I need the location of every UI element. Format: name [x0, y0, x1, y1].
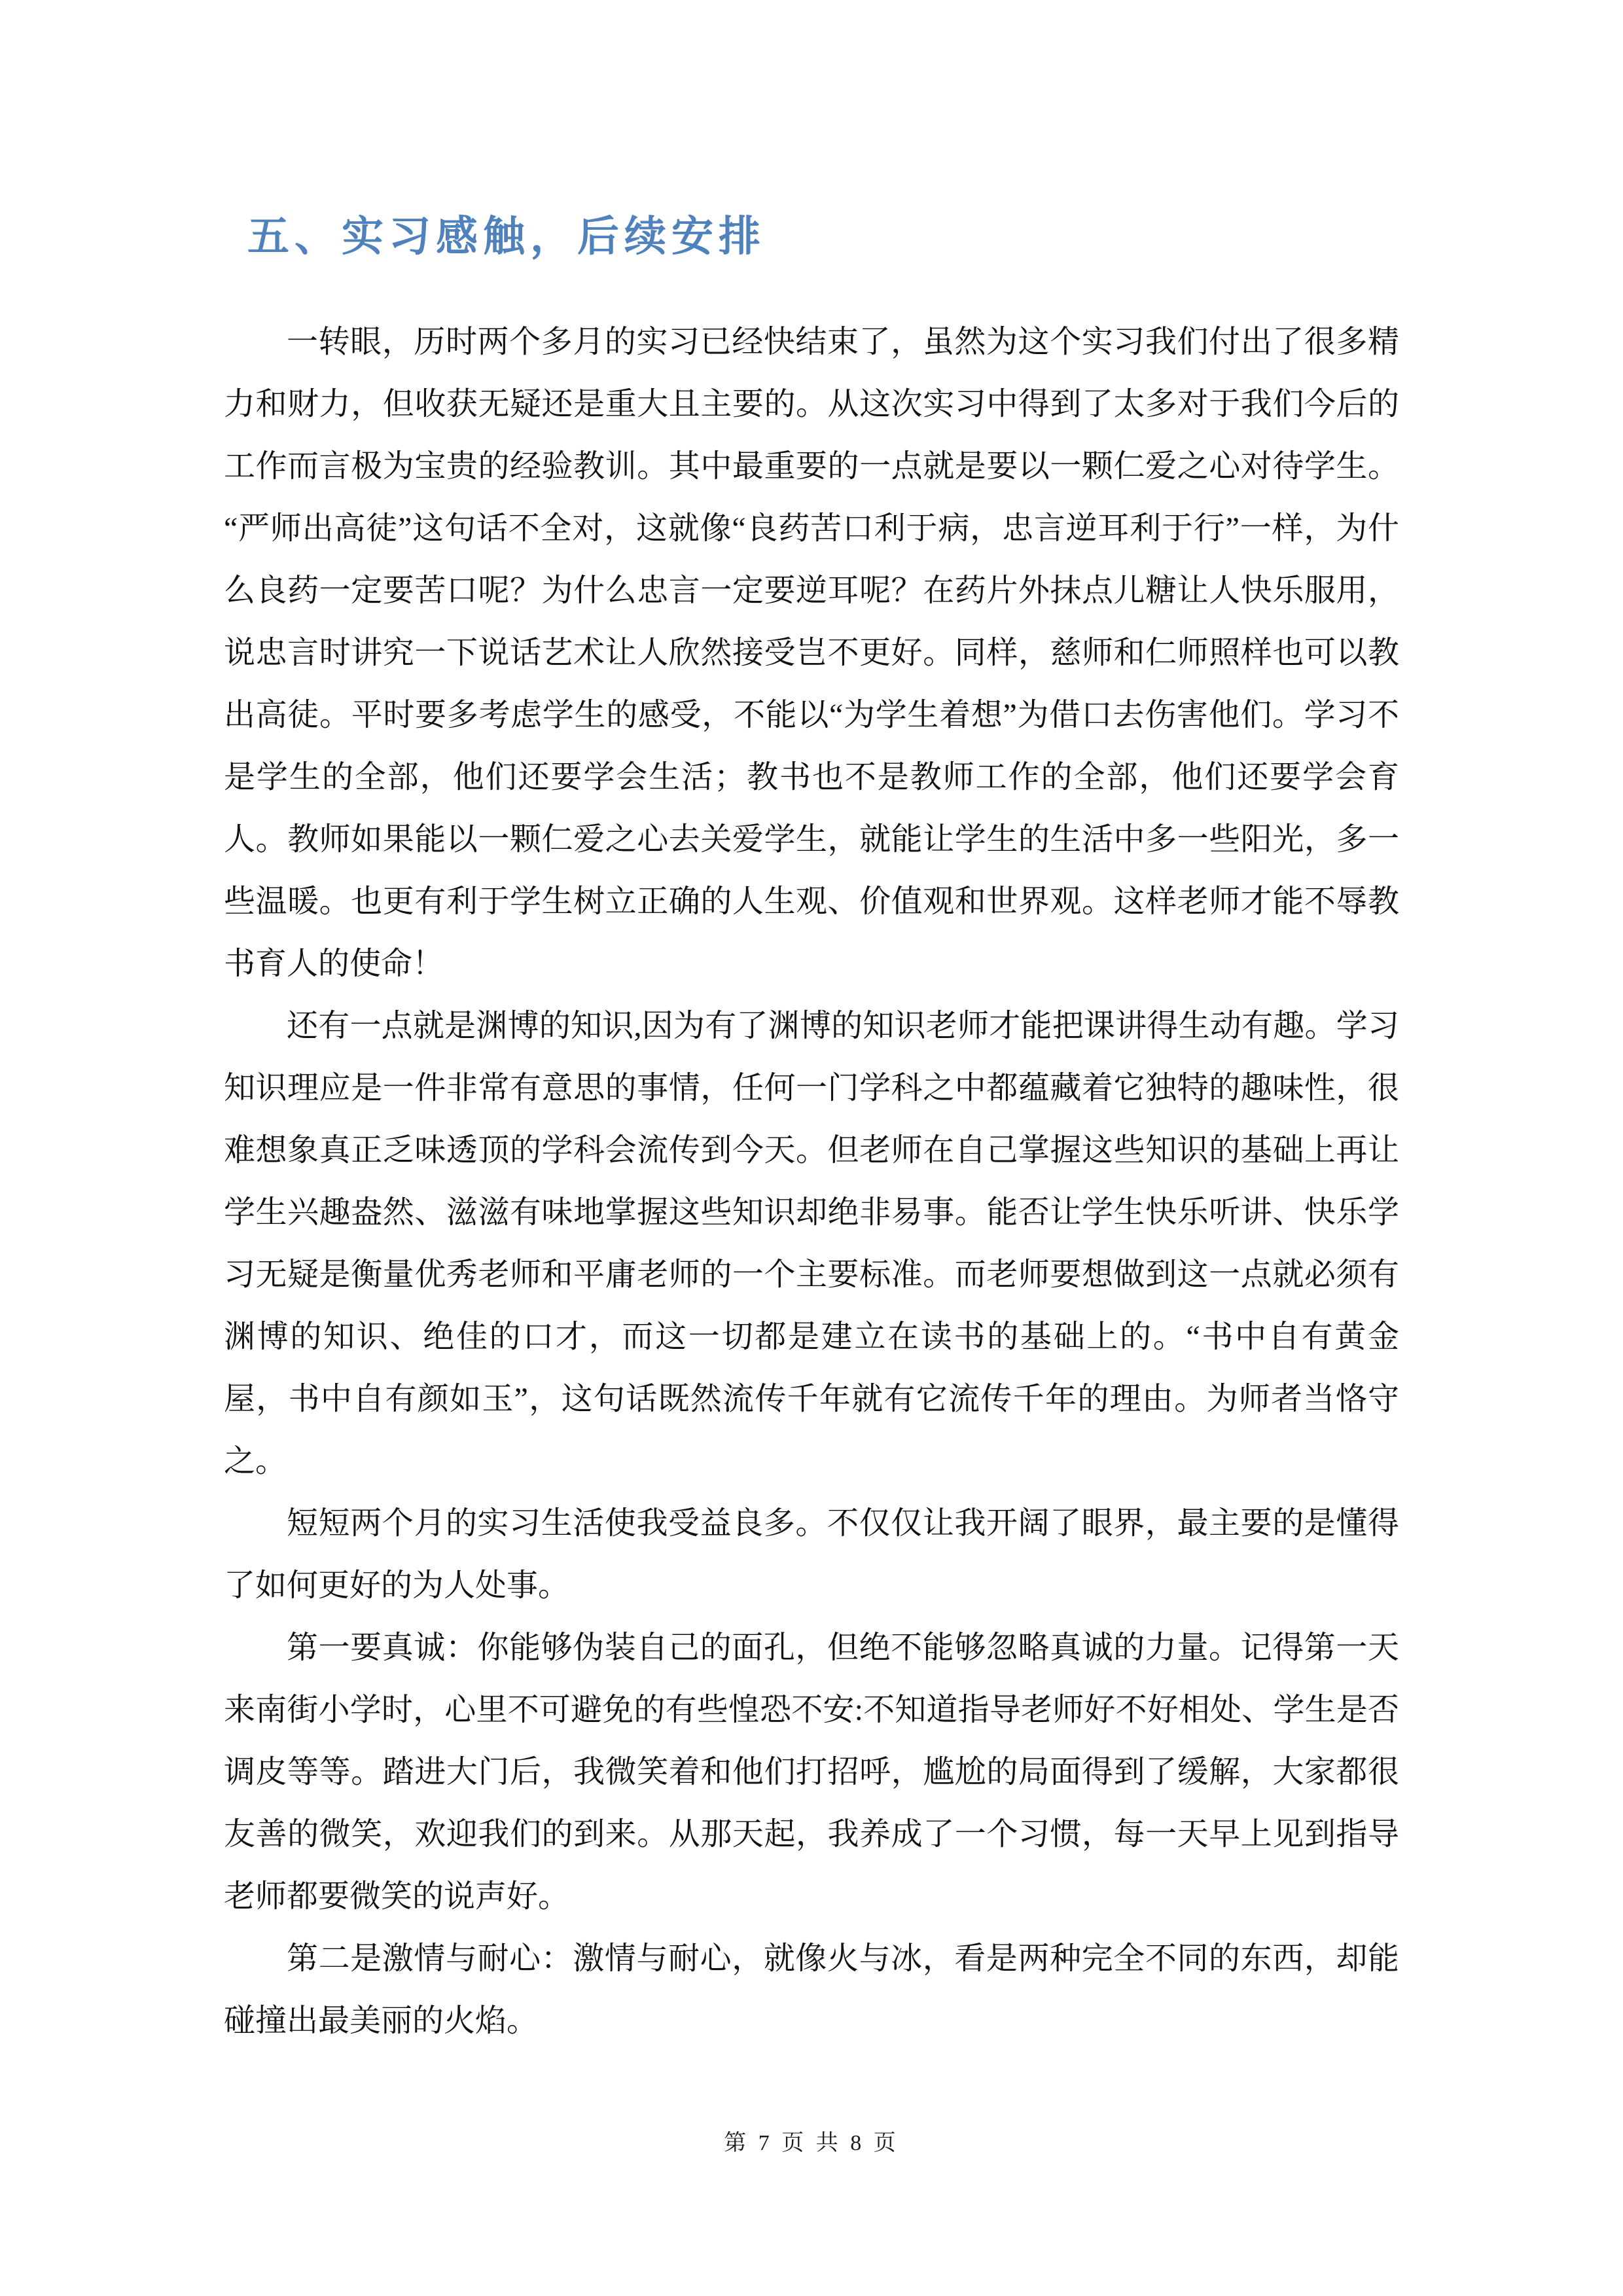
document-body: 一转眼，历时两个多月的实习已经快结束了，虽然为这个实习我们付出了很多精力和财力，… — [224, 311, 1399, 2052]
body-paragraph: 第二是激情与耐心：激情与耐心，就像火与冰，看是两种完全不同的东西，却能碰撞出最美… — [224, 1928, 1399, 2052]
body-paragraph: 还有一点就是渊博的知识,因为有了渊博的知识老师才能把课讲得生动有趣。学习知识理应… — [224, 995, 1399, 1492]
section-heading: 五、实习感触，后续安排 — [247, 211, 766, 261]
body-paragraph: 短短两个月的实习生活使我受益良多。不仅仅让我开阔了眼界，最主要的是懂得了如何更好… — [224, 1492, 1399, 1617]
page-number-text: 第 7 页 共 8 页 — [724, 2131, 899, 2155]
page-footer: 第 7 页 共 8 页 — [0, 2130, 1623, 2157]
body-paragraph: 第一要真诚：你能够伪装自己的面孔，但绝不能够忽略真诚的力量。记得第一天来南街小学… — [224, 1617, 1399, 1928]
body-paragraph: 一转眼，历时两个多月的实习已经快结束了，虽然为这个实习我们付出了很多精力和财力，… — [224, 311, 1399, 995]
document-page: 五、实习感触，后续安排 一转眼，历时两个多月的实习已经快结束了，虽然为这个实习我… — [0, 0, 1623, 2296]
